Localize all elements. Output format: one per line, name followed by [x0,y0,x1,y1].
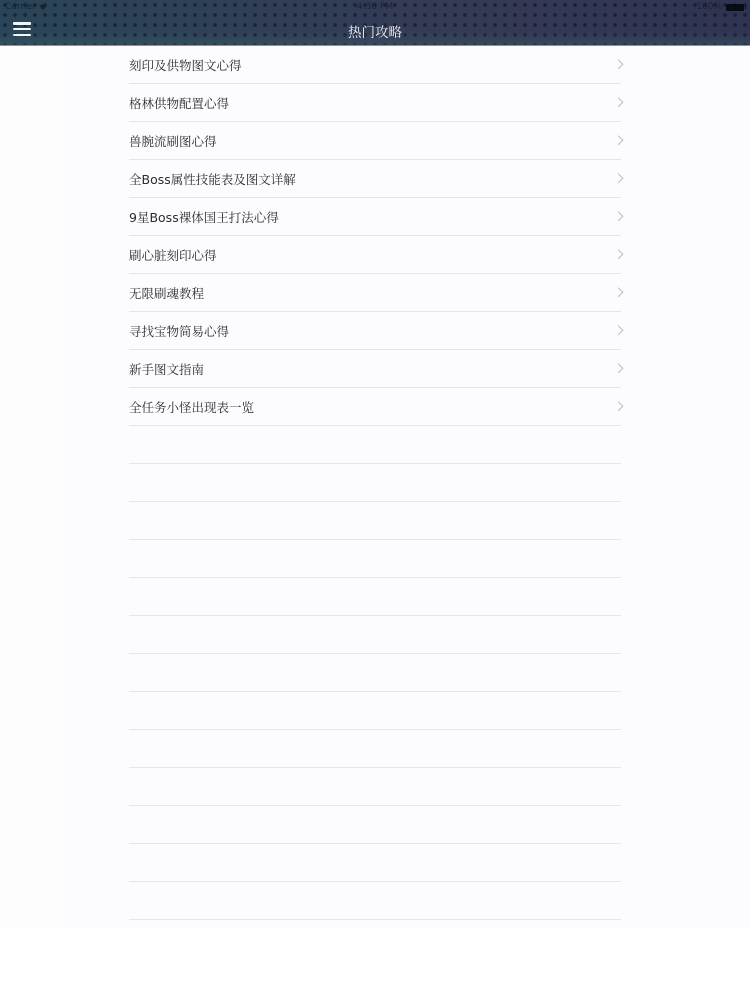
empty-row [129,692,621,730]
status-time: 4:30 PM [0,2,750,12]
list-item[interactable]: 9星Boss裸体国王打法心得 [129,198,621,236]
chevron-right-icon [614,401,624,411]
empty-row [129,768,621,806]
chevron-right-icon [614,363,624,373]
list-item-label: 刷心脏刻印心得 [129,245,217,264]
empty-row [129,540,621,578]
empty-row [129,502,621,540]
empty-row [129,616,621,654]
list-item-label: 格林供物配置心得 [129,93,229,112]
list-item-label: 全任务小怪出现表一览 [129,397,254,416]
list-item[interactable]: 全Boss属性技能表及图文详解 [129,160,621,198]
empty-row [129,730,621,768]
list-item[interactable]: 新手图文指南 [129,350,621,388]
chevron-right-icon [614,325,624,335]
battery-icon [726,4,744,11]
battery-percent: 100% [696,2,722,12]
status-bar: Carrier 4:30 PM 100% [0,0,750,14]
list-item[interactable]: 无限刷魂教程 [129,274,621,312]
empty-row [129,882,621,920]
page-title: 热门攻略 [0,21,750,41]
list-item-label: 9星Boss裸体国王打法心得 [129,207,279,226]
chevron-right-icon [614,173,624,183]
chevron-right-icon [614,249,624,259]
empty-row [129,578,621,616]
content-area: 刻印及供物图文心得 格林供物配置心得 兽腕流刷图心得 全Boss属性技能表及图文… [0,46,750,928]
list-item[interactable]: 刻印及供物图文心得 [129,46,621,84]
list-item[interactable]: 全任务小怪出现表一览 [129,388,621,426]
chevron-right-icon [614,211,624,221]
list-item[interactable]: 刷心脏刻印心得 [129,236,621,274]
list-item-label: 新手图文指南 [129,359,204,378]
list-item[interactable]: 格林供物配置心得 [129,84,621,122]
list-item[interactable]: 兽腕流刷图心得 [129,122,621,160]
battery-indicator: 100% [696,2,744,12]
chevron-right-icon [614,135,624,145]
list-item-label: 兽腕流刷图心得 [129,131,217,150]
empty-row [129,654,621,692]
list-item-label: 刻印及供物图文心得 [129,55,242,74]
list-item-label: 全Boss属性技能表及图文详解 [129,169,296,188]
empty-row [129,844,621,882]
chevron-right-icon [614,97,624,107]
navigation-bar: Carrier 4:30 PM 100% 热门攻略 [0,0,750,46]
chevron-right-icon [614,59,624,69]
list-item-label: 无限刷魂教程 [129,283,204,302]
content-margin [0,46,64,928]
list-item-label: 寻找宝物简易心得 [129,321,229,340]
empty-row [129,426,621,464]
guide-list[interactable]: 刻印及供物图文心得 格林供物配置心得 兽腕流刷图心得 全Boss属性技能表及图文… [129,46,621,920]
empty-row [129,464,621,502]
chevron-right-icon [614,287,624,297]
list-item[interactable]: 寻找宝物简易心得 [129,312,621,350]
empty-row [129,806,621,844]
